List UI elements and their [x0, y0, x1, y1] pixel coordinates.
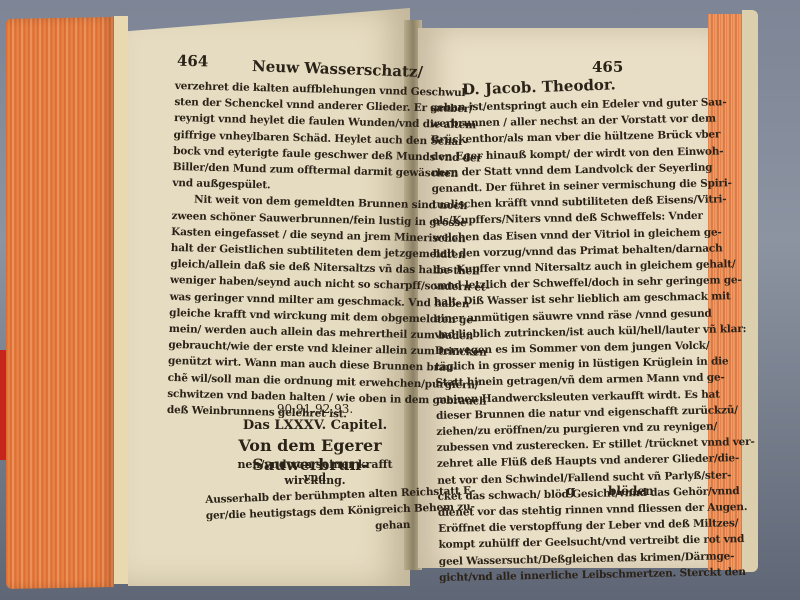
left-cover-band	[114, 16, 128, 584]
left-page-block-red-edges	[6, 17, 114, 589]
right-page-body: gehan ist/entspringt auch ein Edeler vnd…	[430, 95, 711, 586]
chapter-heading-line3: wirckung.	[250, 474, 380, 487]
open-book: 464 Neuw Wasserschatz/ verzehret die kal…	[0, 0, 800, 600]
right-cover-band	[742, 10, 758, 572]
chapter-title: Das LXXXV. Capitel.	[230, 418, 400, 433]
left-page-number: 464	[177, 52, 209, 71]
left-closing-text: Ausserhalb der berühmpten alten Reichsta…	[205, 485, 417, 541]
signature-mark: g	[566, 484, 575, 499]
right-page-number: 465	[592, 58, 623, 76]
catchword: blöden	[608, 484, 654, 498]
left-page-body: verzehret die kalten auffblehungen vnnd …	[167, 78, 405, 424]
chapter-section-numbers: 90.91.92.93.	[250, 402, 380, 416]
